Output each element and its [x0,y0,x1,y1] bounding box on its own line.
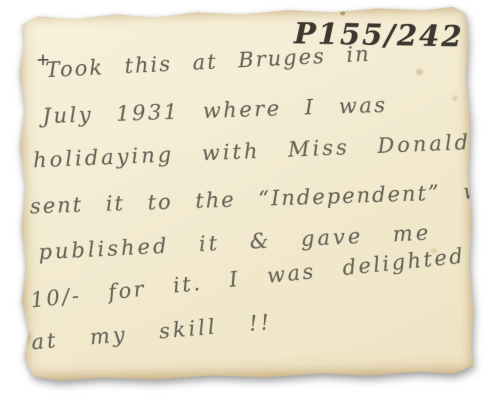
notecard: P155/242 + Took this at Bruges in July 1… [15,5,475,382]
handwritten-line-2: July 1931 where I was [42,93,388,128]
handwritten-line-3: holidaying with Miss Donaldson [33,128,500,172]
handwritten-line-1: Took this at Bruges in [45,42,371,82]
foxing-spot [340,11,345,15]
foxing-spot [452,96,457,101]
foxing-spot [18,330,30,344]
handwritten-line-7: at my skill !! [30,310,272,355]
scanned-photo-background: P155/242 + Took this at Bruges in July 1… [0,0,500,396]
foxing-spot [416,69,423,75]
notecard-wrapper: P155/242 + Took this at Bruges in July 1… [15,5,475,382]
handwritten-line-4: sent it to the “Independent” who [30,178,500,218]
